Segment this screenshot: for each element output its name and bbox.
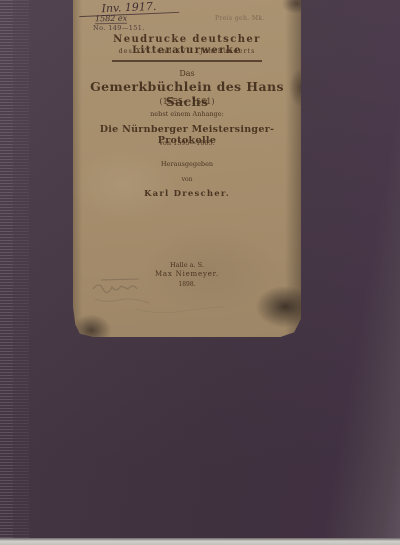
annex-intro: nebst einem Anhange: <box>73 110 301 118</box>
annex-dates: von 1595—1605. <box>73 139 301 147</box>
handwritten-inventory-number: Inv. 1917. <box>79 0 180 17</box>
series-number-stamp: No. 149—151. <box>93 24 145 32</box>
price-note: Preis geh. Mk. <box>215 15 265 22</box>
scan-banding-left <box>0 0 13 545</box>
divider-rule <box>112 60 262 62</box>
handwritten-shelfmark: 1582 ex <box>95 14 127 25</box>
editor-name: Karl Drescher. <box>73 189 301 199</box>
editor-von: von <box>73 176 301 183</box>
series-subtitle: des XVI. und XVII. Jahrhunderts <box>73 47 301 55</box>
pencil-scribble <box>81 275 231 320</box>
imprint-place: Halle a. S. <box>73 261 301 269</box>
book-photo: Inv. 1917. 1582 ex No. 149—151. Preis ge… <box>0 0 400 545</box>
scan-banding-left-soft <box>13 0 29 545</box>
title-dates: (1555—1561) <box>73 97 301 106</box>
book-cover: Inv. 1917. 1582 ex No. 149—151. Preis ge… <box>73 0 301 337</box>
editor-intro: Herausgegeben <box>73 160 301 168</box>
photo-bottom-edge <box>0 538 400 545</box>
title-article: Das <box>73 69 301 78</box>
